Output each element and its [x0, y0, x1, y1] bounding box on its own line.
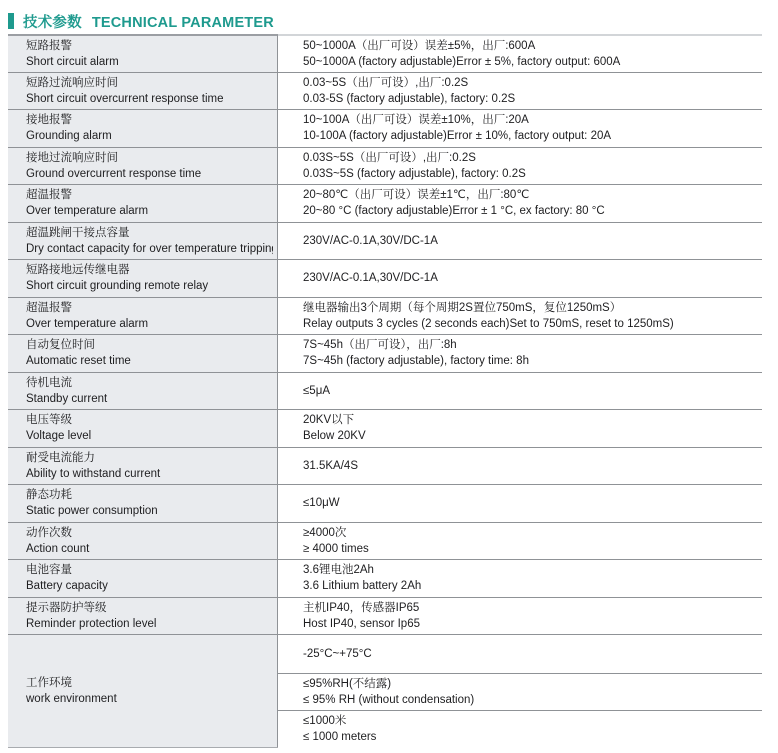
parameter-label-zh: 超温报警	[26, 187, 273, 203]
work-environment-subrows: -25°C~+75°C ≤95%RH(不结露) ≤ 95% RH (withou…	[278, 635, 762, 747]
parameter-value-zh: ≤1000米	[303, 713, 756, 729]
parameter-label-en: Dry contact capacity for over temperatur…	[26, 241, 273, 257]
parameter-label-zh: 提示器防护等级	[26, 600, 273, 616]
parameter-value-cell: 10~100A（出厂可设）误差±10%，出厂:20A 10-100A (fact…	[278, 110, 762, 147]
parameter-label-cell: 静态功耗 Static power consumption	[8, 485, 278, 522]
parameter-label-zh: 接地过流响应时间	[26, 150, 273, 166]
parameter-label-en: Over temperature alarm	[26, 203, 273, 219]
table-row: 短路报警 Short circuit alarm 50~1000A（出厂可设）误…	[8, 34, 762, 72]
accent-bar-icon	[8, 13, 14, 29]
parameter-label-en: Action count	[26, 541, 273, 557]
parameter-label-cell: 短路接地远传继电器 Short circuit grounding remote…	[8, 260, 278, 297]
parameter-label-en: Battery capacity	[26, 578, 273, 594]
parameter-value-cell: ≤95%RH(不结露) ≤ 95% RH (without condensati…	[278, 673, 762, 711]
parameter-label-cell: 接地报警 Grounding alarm	[8, 110, 278, 147]
parameter-value-cell: 230V/AC-0.1A,30V/DC-1A	[278, 260, 762, 297]
parameter-value-cell: 3.6锂电池2Ah 3.6 Lithium battery 2Ah	[278, 560, 762, 597]
page-title-zh: 技术参数	[23, 15, 82, 31]
parameter-value-cell: ≤10μW	[278, 485, 762, 522]
parameter-value-zh: 230V/AC-0.1A,30V/DC-1A	[303, 233, 756, 249]
parameter-value-en: 3.6 Lithium battery 2Ah	[303, 578, 756, 594]
section-header: 技术参数TECHNICAL PARAMETER	[0, 0, 778, 33]
parameter-value-cell: 20KV以下 Below 20KV	[278, 410, 762, 447]
parameter-value-zh: 10~100A（出厂可设）误差±10%，出厂:20A	[303, 112, 756, 128]
parameter-label-zh: 工作环境	[26, 675, 273, 691]
parameter-value-zh: 0.03~5S（出厂可设）,出厂:0.2S	[303, 75, 756, 91]
parameter-label-cell: 短路过流响应时间 Short circuit overcurrent respo…	[8, 73, 278, 110]
parameter-label-en: Automatic reset time	[26, 353, 273, 369]
parameter-value-zh: 20~80℃（出厂可设）误差±1℃，出厂:80℃	[303, 187, 756, 203]
parameter-label-cell: 提示器防护等级 Reminder protection level	[8, 598, 278, 635]
parameter-label-cell: 超温报警 Over temperature alarm	[8, 185, 278, 222]
table-row: 接地报警 Grounding alarm 10~100A（出厂可设）误差±10%…	[8, 109, 762, 147]
parameter-value-cell: -25°C~+75°C	[278, 635, 762, 673]
parameter-label-en: Grounding alarm	[26, 128, 273, 144]
parameter-value-zh: 3.6锂电池2Ah	[303, 562, 756, 578]
parameter-value-zh: ≤95%RH(不结露)	[303, 676, 756, 692]
parameter-label-en: Short circuit overcurrent response time	[26, 91, 273, 107]
parameter-value-en: 10-100A (factory adjustable)Error ± 10%,…	[303, 128, 756, 144]
parameter-label-zh: 电池容量	[26, 562, 273, 578]
parameter-value-en: Host IP40, sensor Ip65	[303, 616, 756, 632]
parameter-label-en: Ground overcurrent response time	[26, 166, 273, 182]
parameter-value-cell: 7S~45h（出厂可设），出厂:8h 7S~45h (factory adjus…	[278, 335, 762, 372]
parameter-label-cell: 耐受电流能力 Ability to withstand current	[8, 448, 278, 485]
parameter-label-cell: 接地过流响应时间 Ground overcurrent response tim…	[8, 148, 278, 185]
page-title-en: TECHNICAL PARAMETER	[92, 15, 274, 31]
parameter-label-en: Standby current	[26, 391, 273, 407]
parameter-value-cell: 主机IP40，传感器IP65 Host IP40, sensor Ip65	[278, 598, 762, 635]
parameter-label-cell: 短路报警 Short circuit alarm	[8, 34, 278, 72]
parameter-value-zh: 7S~45h（出厂可设），出厂:8h	[303, 337, 756, 353]
parameter-label-cell: 电压等级 Voltage level	[8, 410, 278, 447]
parameter-value-zh: 31.5KA/4S	[303, 458, 756, 474]
parameter-value-cell: 31.5KA/4S	[278, 448, 762, 485]
table-row: 电池容量 Battery capacity 3.6锂电池2Ah 3.6 Lith…	[8, 559, 762, 597]
parameter-value-cell: ≤1000米 ≤ 1000 meters	[278, 710, 762, 748]
parameter-label-cell: 自动复位时间 Automatic reset time	[8, 335, 278, 372]
parameter-label-zh: 短路报警	[26, 38, 273, 54]
parameter-value-cell: ≤5μA	[278, 373, 762, 410]
parameter-value-en: 50~1000A (factory adjustable)Error ± 5%,…	[303, 54, 756, 70]
parameter-label-zh: 静态功耗	[26, 487, 273, 503]
parameter-value-cell: 230V/AC-0.1A,30V/DC-1A	[278, 223, 762, 260]
parameter-label-zh: 接地报警	[26, 112, 273, 128]
parameter-label-zh: 短路接地远传继电器	[26, 262, 273, 278]
parameter-value-zh: ≤10μW	[303, 495, 756, 511]
table-row: 接地过流响应时间 Ground overcurrent response tim…	[8, 147, 762, 185]
parameter-label-zh: 待机电流	[26, 375, 273, 391]
parameter-label-zh: 电压等级	[26, 412, 273, 428]
parameter-value-cell: 20~80℃（出厂可设）误差±1℃，出厂:80℃ 20~80 °C (facto…	[278, 185, 762, 222]
table-row: 超温报警 Over temperature alarm 20~80℃（出厂可设）…	[8, 184, 762, 222]
parameter-value-cell: 继电器输出3个周期（每个周期2S置位750mS，复位1250mS） Relay …	[278, 298, 762, 335]
parameter-label-cell: 待机电流 Standby current	[8, 373, 278, 410]
parameter-value-zh: 230V/AC-0.1A,30V/DC-1A	[303, 270, 756, 286]
table-row: 静态功耗 Static power consumption ≤10μW	[8, 484, 762, 522]
page-title: 技术参数TECHNICAL PARAMETER	[23, 11, 274, 32]
parameter-value-en: Relay outputs 3 cycles (2 seconds each)S…	[303, 316, 756, 332]
table-row: 电压等级 Voltage level 20KV以下 Below 20KV	[8, 409, 762, 447]
parameter-value-en: Below 20KV	[303, 428, 756, 444]
parameter-value-zh: 20KV以下	[303, 412, 756, 428]
parameter-label-zh: 动作次数	[26, 525, 273, 541]
parameter-label-zh: 自动复位时间	[26, 337, 273, 353]
parameter-label-cell: 超温跳闸干接点容量 Dry contact capacity for over …	[8, 223, 278, 260]
table-row: 短路过流响应时间 Short circuit overcurrent respo…	[8, 72, 762, 110]
table-row: 超温跳闸干接点容量 Dry contact capacity for over …	[8, 222, 762, 260]
parameter-value-en: ≤ 95% RH (without condensation)	[303, 692, 756, 708]
parameter-label-cell: 超温报警 Over temperature alarm	[8, 298, 278, 335]
parameter-label-zh: 超温跳闸干接点容量	[26, 225, 273, 241]
parameter-value-cell: 0.03S~5S（出厂可设）,出厂:0.2S 0.03S~5S (factory…	[278, 148, 762, 185]
parameter-value-zh: 主机IP40，传感器IP65	[303, 600, 756, 616]
table-row: 超温报警 Over temperature alarm 继电器输出3个周期（每个…	[8, 297, 762, 335]
parameter-label-en: Ability to withstand current	[26, 466, 273, 482]
parameter-value-en: 0.03-5S (factory adjustable), factory: 0…	[303, 91, 756, 107]
parameter-label-zh: 耐受电流能力	[26, 450, 273, 466]
table-row-work-environment: 工作环境 work environment -25°C~+75°C ≤95%RH…	[8, 634, 762, 747]
parameter-value-zh: 继电器输出3个周期（每个周期2S置位750mS，复位1250mS）	[303, 300, 756, 316]
table-row: 提示器防护等级 Reminder protection level 主机IP40…	[8, 597, 762, 635]
parameter-value-en: 0.03S~5S (factory adjustable), factory: …	[303, 166, 756, 182]
parameter-label-cell: 动作次数 Action count	[8, 523, 278, 560]
parameter-label-en: Short circuit alarm	[26, 54, 273, 70]
technical-parameter-table: 短路报警 Short circuit alarm 50~1000A（出厂可设）误…	[8, 34, 762, 748]
parameter-value-en: 7S~45h (factory adjustable), factory tim…	[303, 353, 756, 369]
parameter-value-zh: ≥4000次	[303, 525, 756, 541]
parameter-label-zh: 超温报警	[26, 300, 273, 316]
parameter-value-cell: ≥4000次 ≥ 4000 times	[278, 523, 762, 560]
parameter-label-en: Over temperature alarm	[26, 316, 273, 332]
parameter-value-zh: ≤5μA	[303, 383, 756, 399]
parameter-value-en: ≥ 4000 times	[303, 541, 756, 557]
parameter-label-en: Static power consumption	[26, 503, 273, 519]
parameter-label-en: Reminder protection level	[26, 616, 273, 632]
table-row: 待机电流 Standby current ≤5μA	[8, 372, 762, 410]
parameter-label-en: Short circuit grounding remote relay	[26, 278, 273, 294]
table-row: 短路接地远传继电器 Short circuit grounding remote…	[8, 259, 762, 297]
parameter-value-en: ≤ 1000 meters	[303, 729, 756, 745]
parameter-label-zh: 短路过流响应时间	[26, 75, 273, 91]
parameter-value-en: 20~80 °C (factory adjustable)Error ± 1 °…	[303, 203, 756, 219]
parameter-label-cell: 电池容量 Battery capacity	[8, 560, 278, 597]
parameter-value-line: -25°C~+75°C	[303, 646, 756, 662]
parameter-value-cell: 50~1000A（出厂可设）误差±5%，出厂:600A 50~1000A (fa…	[278, 34, 762, 72]
parameter-label-en: work environment	[26, 691, 273, 707]
table-row: 自动复位时间 Automatic reset time 7S~45h（出厂可设）…	[8, 334, 762, 372]
parameter-label-cell: 工作环境 work environment	[8, 635, 278, 747]
parameter-label-en: Voltage level	[26, 428, 273, 444]
table-row: 动作次数 Action count ≥4000次 ≥ 4000 times	[8, 522, 762, 560]
table-row: 耐受电流能力 Ability to withstand current 31.5…	[8, 447, 762, 485]
parameter-value-zh: 50~1000A（出厂可设）误差±5%，出厂:600A	[303, 38, 756, 54]
parameter-value-cell: 0.03~5S（出厂可设）,出厂:0.2S 0.03-5S (factory a…	[278, 73, 762, 110]
parameter-value-zh: 0.03S~5S（出厂可设）,出厂:0.2S	[303, 150, 756, 166]
